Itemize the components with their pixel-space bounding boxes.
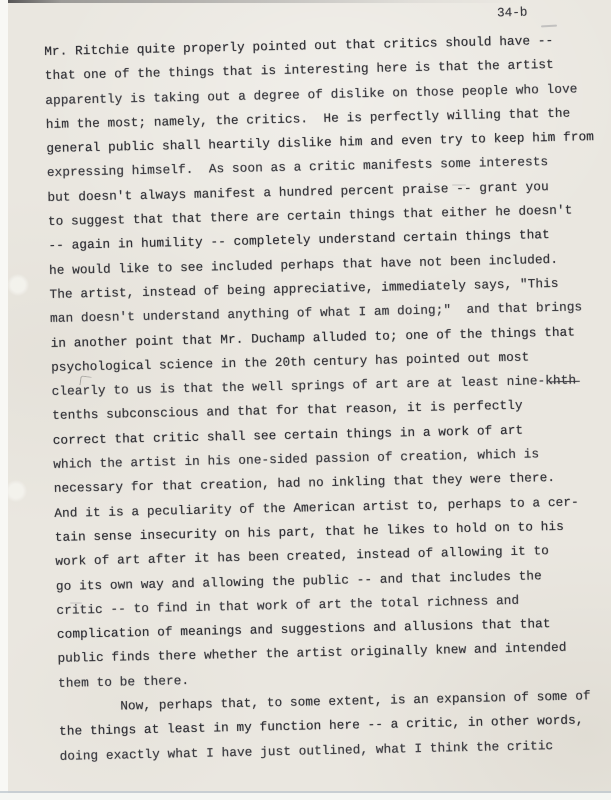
pencil-mark — [79, 375, 91, 386]
scanned-page: 34-b Mr. Ritchie quite properly pointed … — [0, 0, 611, 800]
typewritten-lines: Mr. Ritchie quite properly pointed out t… — [44, 28, 611, 769]
scanner-edge-top — [0, 0, 611, 3]
smudge-mark — [70, 602, 82, 604]
scanner-edge-bottom — [0, 793, 611, 800]
punch-hole-top — [7, 274, 29, 296]
page-number: 34-b — [497, 5, 528, 21]
smudge-mark — [452, 184, 466, 186]
scanner-edge-left — [0, 0, 8, 800]
typewritten-text: Mr. Ritchie quite properly pointed out t… — [44, 28, 611, 769]
punch-hole-bottom — [5, 480, 27, 502]
